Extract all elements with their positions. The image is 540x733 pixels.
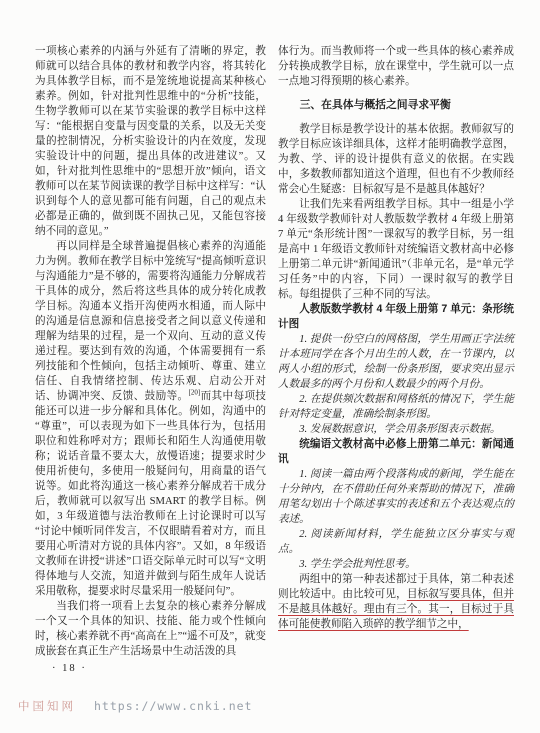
paragraph: 让我们先来看两组教学目标。其中一组是小学 4 年级数学教师针对人教版数学教材 4… <box>278 197 514 302</box>
left-column: 一项核心素养的内涵与外延有了清晰的界定，教师就可以结合具体的教材和教学内容，将其… <box>35 44 266 676</box>
page-number: · 18 · <box>35 661 266 676</box>
paragraph: 再以同样是全球普遍提倡核心素养的沟通能力为例。教师在教学目标中笼统写“提高倾听意… <box>35 239 266 599</box>
math-unit-heading: 人教版数学教材 4 年级上册第 7 单元：条形统计图 <box>278 302 514 332</box>
paragraph-text: 再以同样是全球普遍提倡核心素养的沟通能力为例。教师在教学目标中笼统写“提高倾听意… <box>35 241 266 402</box>
right-column: 体行为。而当教师将一个或一些具体的核心素养成分转换成教学目标，放在课堂中，学生就… <box>278 44 514 676</box>
objective-item: 2. 在提供频次数据和网格纸的情况下，学生能针对特定变量，准确绘制条形图。 <box>278 392 514 422</box>
paragraph-continuation: 一项核心素养的内涵与外延有了清晰的界定，教师就可以结合具体的教材和教学内容，将其… <box>35 44 266 239</box>
citation-ref: [20] <box>189 388 201 396</box>
objective-item: 1. 阅读一篇由两个段落构成的新闻，学生能在十分钟内，在不借助任何外来帮助的情况… <box>278 467 514 527</box>
paragraph-continuation: 体行为。而当教师将一个或一些具体的核心素养成分转换成教学目标，放在课堂中，学生就… <box>278 44 514 89</box>
paragraph: 两组中的第一种表述都过于具体，第二种表述则比较适中。由比较可见，目标叙写要具体，… <box>278 572 514 632</box>
cnki-url-text: https://www.cnki.net <box>94 699 252 713</box>
paragraph-text: 而其中每项技能还可以进一步分解和具体化。例如，沟通中的“尊重”，可以表现为如下一… <box>35 391 266 597</box>
paragraph: 当我们将一项看上去复杂的核心素养分解成一个又一个具体的知识、技能、能力或个性倾向… <box>35 599 266 659</box>
two-column-text: 一项核心素养的内涵与外延有了清晰的界定，教师就可以结合具体的教材和教学内容，将其… <box>35 44 514 676</box>
chinese-unit-heading: 统编语文教材高中必修上册第二单元：新闻通讯 <box>278 437 514 467</box>
objective-item: 3. 学生学会批判性思考。 <box>278 557 514 572</box>
cnki-brand-text: 中国知网 <box>18 701 76 713</box>
cnki-watermark: 中国知网https://www.cnki.net <box>18 698 252 714</box>
objective-item: 1. 提供一份空白的网格图，学生用画正字法统计本班同学在各个月出生的人数，在一节… <box>278 332 514 392</box>
section-heading: 三、在具体与概括之间寻求平衡 <box>278 98 514 113</box>
scanned-paper-page: 一项核心素养的内涵与外延有了清晰的界定，教师就可以结合具体的教材和教学内容，将其… <box>0 0 540 733</box>
paragraph: 教学目标是教学设计的基本依据。教师叙写的教学目标应该详细具体，这样才能明确教学意… <box>278 122 514 197</box>
objective-item: 3. 发展数据意识，学会用条形图表示数据。 <box>278 422 514 437</box>
objective-item: 2. 阅读新闻材料，学生能独立区分事实与观点。 <box>278 527 514 557</box>
